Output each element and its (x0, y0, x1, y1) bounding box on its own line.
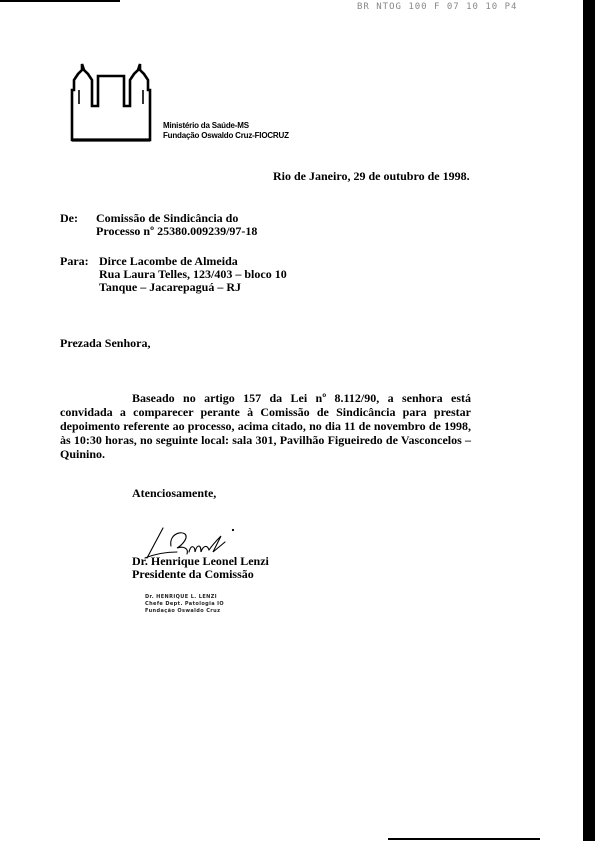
fiocruz-castle-logo-icon (68, 58, 154, 142)
archive-reference-stamp: BR NTOG 100 F 07 10 10 P4 (357, 2, 517, 12)
from-line: Processo nº 25380.009239/97-18 (96, 225, 257, 238)
signer-block: Dr. Henrique Leonel Lenzi Presidente da … (132, 555, 269, 581)
institution-header: Ministério da Saúde-MS Fundação Oswaldo … (163, 121, 289, 141)
foundation-name: Fundação Oswaldo Cruz-FIOCRUZ (163, 131, 289, 141)
to-line: Tanque – Jacarepaguá – RJ (99, 281, 287, 294)
from-block: Comissão de Sindicância do Processo nº 2… (96, 212, 257, 238)
to-label: Para: (60, 255, 89, 268)
to-block: Dirce Lacombe de Almeida Rua Laura Telle… (99, 255, 287, 294)
stamp-line: Chefe Dept. Patologia IO (145, 601, 224, 608)
official-stamp: Dr. HENRIQUE L. LENZI Chefe Dept. Patolo… (145, 594, 224, 615)
closing: Atenciosamente, (132, 487, 216, 500)
ministry-name: Ministério da Saúde-MS (163, 121, 289, 131)
stamp-line: Fundação Oswaldo Cruz (145, 608, 224, 615)
date-line: Rio de Janeiro, 29 de outubro de 1998. (273, 170, 470, 183)
body-paragraph: Baseado no artigo 157 da Lei nº 8.112/90… (60, 391, 471, 461)
signer-title: Presidente da Comissão (132, 568, 269, 581)
salutation: Prezada Senhora, (60, 337, 150, 350)
from-label: De: (60, 212, 78, 225)
scan-edge-top (0, 0, 120, 2)
scan-edge-bottom (388, 838, 540, 840)
scan-edge-right (583, 0, 595, 841)
stamp-line: Dr. HENRIQUE L. LENZI (145, 594, 224, 601)
